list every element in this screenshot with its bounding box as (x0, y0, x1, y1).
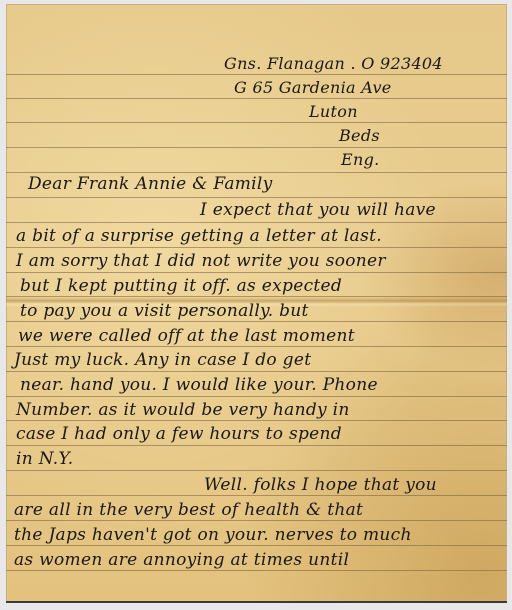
ruled-line (6, 122, 507, 123)
ruled-line (6, 470, 507, 471)
body-line: the Japs haven't got on your. nerves to … (14, 525, 412, 545)
ruled-line (6, 545, 507, 546)
body-line: a bit of a surprise getting a letter at … (16, 226, 382, 246)
body-line: Number. as it would be very handy in (16, 400, 350, 420)
ruled-line (6, 147, 507, 148)
body-line: but I kept putting it off. as expected (20, 276, 342, 296)
ruled-line (6, 495, 507, 496)
body-line: I expect that you will have (200, 200, 436, 220)
body-line: Just my luck. Any in case I do get (14, 350, 311, 370)
sender-name-line: Gns. Flanagan . O 923404 (224, 54, 443, 74)
ruled-line (6, 197, 507, 198)
body-line: in N.Y. (16, 449, 74, 469)
ruled-line (6, 346, 507, 347)
address-county: Beds (339, 126, 380, 146)
body-line: as women are annoying at times until (14, 550, 349, 570)
salutation: Dear Frank Annie & Family (28, 174, 273, 194)
ruled-line (6, 321, 507, 322)
body-line: Well. folks I hope that you (204, 475, 437, 495)
ruled-line (6, 222, 507, 223)
ruled-line (6, 172, 507, 173)
body-line: are all in the very best of health & tha… (14, 500, 363, 520)
body-line: we were called off at the last moment (18, 326, 355, 346)
ruled-line (6, 445, 507, 446)
body-line: I am sorry that I did not write you soon… (16, 251, 386, 271)
paper-bottom-edge (6, 601, 507, 603)
letter-paper: Gns. Flanagan . O 923404 G 65 Gardenia A… (6, 4, 507, 603)
body-line: to pay you a visit personally. but (20, 301, 309, 321)
ruled-line (6, 520, 507, 521)
body-line: case I had only a few hours to spend (16, 424, 342, 444)
ruled-line (6, 74, 507, 75)
ruled-line (6, 371, 507, 372)
body-line: near. hand you. I would like your. Phone (20, 375, 378, 395)
ruled-line (6, 570, 507, 571)
ruled-line (6, 420, 507, 421)
address-country: Eng. (341, 150, 380, 170)
ruled-line (6, 98, 507, 99)
address-street: G 65 Gardenia Ave (234, 78, 392, 98)
ruled-line (6, 247, 507, 248)
ruled-line (6, 396, 507, 397)
ruled-line (6, 272, 507, 273)
address-town: Luton (309, 102, 358, 122)
